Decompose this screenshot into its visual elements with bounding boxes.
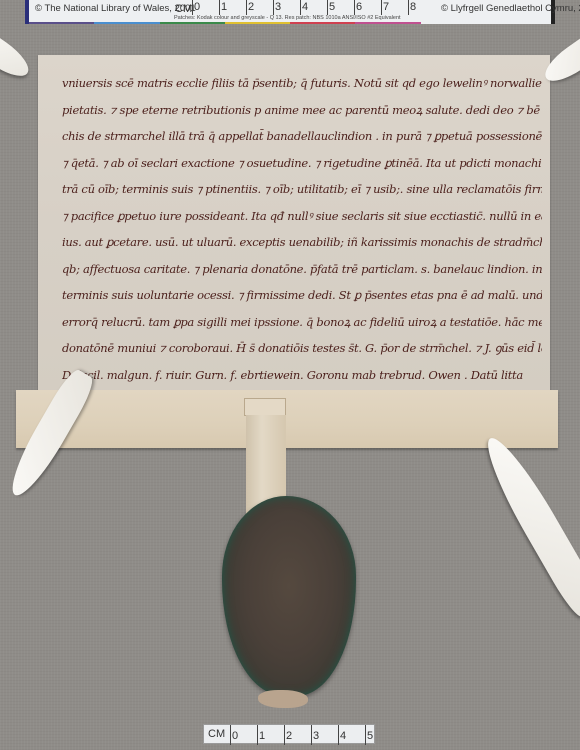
ruler-tick: 2 [284,725,292,745]
charter-line: ⁊ pacifice ꝑpetuo iure possideant. Ita q… [62,203,542,230]
charter-line: ius. aut ꝑcetare. usū. ut uluarū. except… [62,229,542,256]
ruler-tick: 0 [192,0,200,15]
charter-line: D. lacil. malgun. f. riuir. Gurn. f. ebr… [62,362,542,389]
ruler-tick: 2 [246,0,254,15]
ruler-tick: 3 [311,725,319,745]
charter-line: vniuersis scē matris ecclie filiis tā p̄… [62,70,542,97]
ruler-tick: 4 [338,725,346,745]
color-patch-strip [29,22,551,24]
charter-text: vniuersis scē matris ecclie filiis tā p̄… [62,70,542,415]
charter-line: pietatis. ⁊ spe eterne retributionis p a… [62,97,542,124]
charter-line: donatōnē muniui ⁊ coroboraui. H̄ s̄ dona… [62,335,542,362]
charter-line: qb; affectuosa caritate. ⁊ plenaria dona… [62,256,542,283]
ruler-tick: 8 [408,0,416,15]
mount-clip-top-left [0,22,35,83]
copyright-left: © The National Library of Wales, 2001 [35,3,196,14]
scale-unit-label: CM [208,728,225,740]
charter-line: trā cū oīb; terminis suis ⁊ ptinentiis. … [62,176,542,203]
mount-clip-bottom-right [476,430,580,620]
ruler-tick: 1 [257,725,265,745]
charter-line: terminis suis uoluntarie ocessi. ⁊ firmi… [62,282,542,309]
scale-unit-label: CM [175,3,192,15]
ruler-tick: 5 [365,725,373,745]
ruler-tick: 6 [354,0,362,15]
wax-seal [222,496,356,696]
charter-line: chis de strmarchel illā trā q̄ appellat̄… [62,123,542,150]
ruler-tick: 7 [381,0,389,15]
copyright-right: © Llyfrgell Genedlaethol Cymru, 2001 [441,3,580,14]
bottom-scale-ruler: CM 0 1 2 3 4 5 [203,724,375,744]
ruler-tick: 4 [300,0,308,15]
charter-line: ⁊ q̄etā. ⁊ ab oī seclari exactione ⁊ osu… [62,150,542,177]
patches-note: Patches: Kodak colour and greyscale - Q … [174,15,401,21]
parchment-fold-plica [16,390,558,448]
charter-line: errorq̄ relucrū. tam ꝑpa sigilli mei ips… [62,309,542,336]
ruler-tick: 5 [327,0,335,15]
ruler-tick: 3 [273,0,281,15]
color-calibration-bar: © The National Library of Wales, 2001 CM… [25,0,555,24]
tag-slit [244,398,286,416]
ruler-tick: 0 [230,725,238,745]
ruler-tick: 1 [219,0,227,15]
seal-tag-end [258,690,308,708]
top-ruler: 0 1 2 3 4 5 6 7 8 [192,0,392,15]
